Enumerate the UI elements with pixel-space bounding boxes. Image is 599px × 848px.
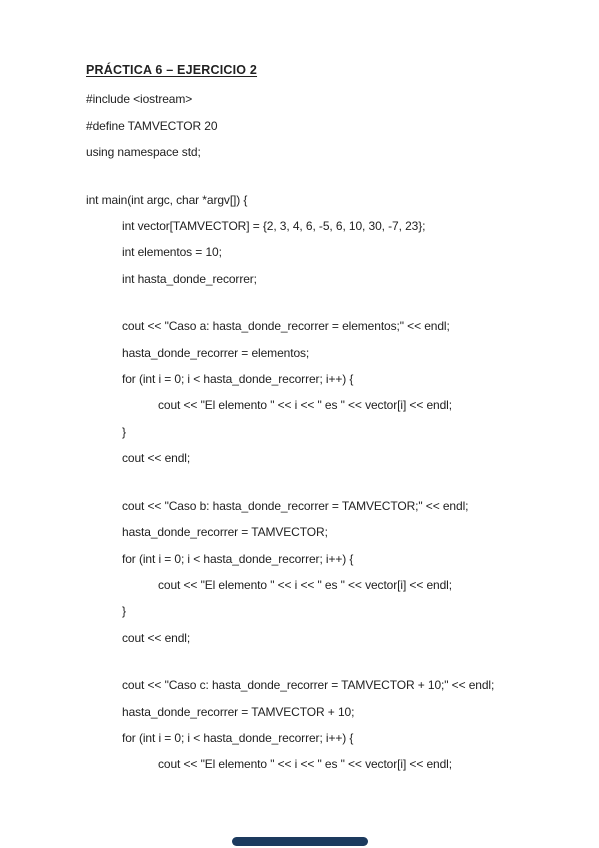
document-content: PRÁCTICA 6 – EJERCICIO 2 #include <iostr… [0,0,599,778]
code-line: hasta_donde_recorrer = TAMVECTOR + 10; [86,699,559,725]
code-line: int hasta_donde_recorrer; [86,266,559,292]
code-line: cout << "Caso c: hasta_donde_recorrer = … [86,672,559,698]
document-title: PRÁCTICA 6 – EJERCICIO 2 [86,57,559,83]
code-line: int vector[TAMVECTOR] = {2, 3, 4, 6, -5,… [86,213,559,239]
code-line: cout << "El elemento " << i << " es " <<… [86,572,559,598]
code-line: #include <iostream> [86,86,559,112]
code-line: for (int i = 0; i < hasta_donde_recorrer… [86,546,559,572]
code-line: int main(int argc, char *argv[]) { [86,187,559,213]
code-line: for (int i = 0; i < hasta_donde_recorrer… [86,366,559,392]
code-line: cout << "El elemento " << i << " es " <<… [86,751,559,777]
code-line: hasta_donde_recorrer = TAMVECTOR; [86,519,559,545]
code-line: using namespace std; [86,139,559,165]
code-line: } [86,419,559,445]
blank-line [86,651,559,672]
code-line: } [86,598,559,624]
code-line: cout << endl; [86,445,559,471]
code-line: for (int i = 0; i < hasta_donde_recorrer… [86,725,559,751]
blank-line [86,472,559,493]
code-line: #define TAMVECTOR 20 [86,113,559,139]
code-line: hasta_donde_recorrer = elementos; [86,340,559,366]
code-line: cout << "Caso a: hasta_donde_recorrer = … [86,313,559,339]
blank-line [86,292,559,313]
scroll-indicator-pill [232,837,368,846]
blank-line [86,166,559,187]
code-lines: #include <iostream>#define TAMVECTOR 20u… [86,86,559,777]
code-line: cout << "Caso b: hasta_donde_recorrer = … [86,493,559,519]
document-page: PRÁCTICA 6 – EJERCICIO 2 #include <iostr… [0,0,599,848]
code-line: int elementos = 10; [86,239,559,265]
code-line: cout << "El elemento " << i << " es " <<… [86,392,559,418]
code-line: cout << endl; [86,625,559,651]
